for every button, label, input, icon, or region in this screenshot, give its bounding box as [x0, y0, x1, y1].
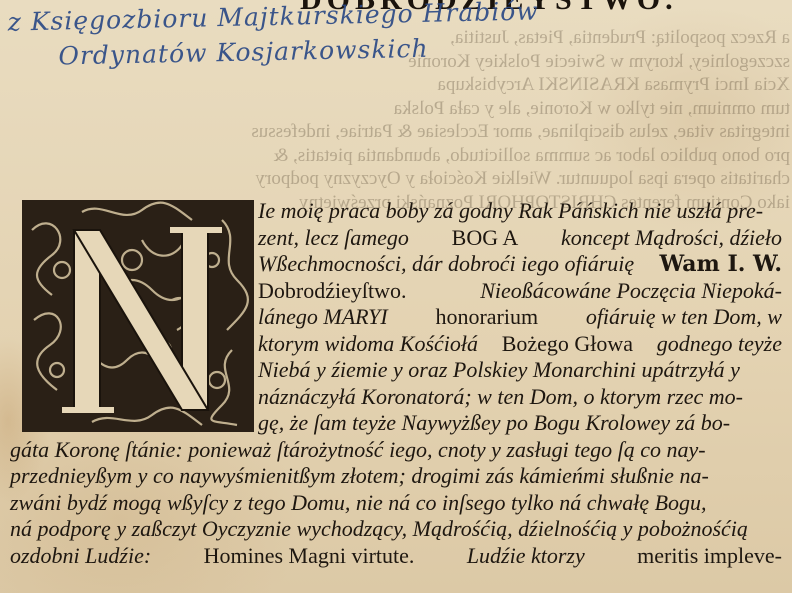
text-segment-boga: BOG A	[452, 225, 519, 252]
text-segment-bozego-glowa: Bożego Głowa	[502, 331, 633, 358]
text-line: gę, że ſam teyże Naywyżßey po Bogu Krolo…	[258, 410, 782, 436]
bleed-line: pro bono publico labor ac summa sollicit…	[20, 144, 790, 168]
text-segment: ofiáruię w ten Dom, w	[580, 304, 782, 331]
text-line: gáta Koronę ſtánie: ponieważ ſtárożytnoś…	[10, 437, 782, 463]
scanned-page: DOBRODZIEYSTWO. a Rzecz pospolitą: Prude…	[0, 0, 792, 593]
bleed-line: tum omnium, nie tylko w Koronie, ale y c…	[20, 97, 790, 121]
text-segment-latin: Homines Magni virtute.	[204, 543, 415, 570]
text-segment-latin: meritis impleve-	[637, 543, 782, 570]
text-segment: przednieyßym y co naywyśmienitßym złotem…	[10, 463, 709, 490]
text-line: ozdobni Ludźie: Homines Magni virtute. L…	[10, 543, 782, 569]
bleed-line: integritas vitae, zelus disciplinae, amo…	[20, 120, 790, 144]
text-line: ktorym widoma Kośćiołá Bożego Głowa godn…	[258, 331, 782, 357]
text-segment: Ie moię praca boby zá godny Rak Páńskich…	[258, 198, 763, 225]
text-line: náznáczyłá Koronatorá; w ten Dom, o ktor…	[258, 384, 782, 410]
text-line: Niebá y źiemie y oraz Polskiey Monarchin…	[258, 357, 782, 383]
text-segment: gę, że ſam teyże Naywyżßey po Bogu Krolo…	[258, 410, 730, 437]
ornate-initial-n-icon	[22, 200, 254, 432]
text-segment: gáta Koronę ſtánie: ponieważ ſtárożytnoś…	[10, 437, 706, 464]
text-segment: Ludźie ktorzy	[461, 543, 590, 570]
handwritten-provenance-note: z Księgozbioru Majtkurskiego Hrabiów Ord…	[7, 0, 539, 72]
text-segment-wam-iw: Wam I. W.	[659, 251, 782, 278]
text-line: Wßechmocności, dár dobroći iego ofiáruię…	[258, 251, 782, 277]
handwritten-line-1: z Księgozbioru Majtkurskiego Hrabiów	[7, 0, 539, 37]
bleed-line: Xcia Imci Prymasa KRASINSKI Arcybiskupa	[20, 73, 790, 97]
text-segment: Niebá y źiemie y oraz Polskiey Monarchin…	[258, 357, 740, 384]
text-segment: Nieoßácowáne Poczęcia Niepoká-	[475, 278, 782, 305]
text-segment: náznáczyłá Koronatorá; w ten Dom, o ktor…	[258, 384, 743, 411]
text-segment-honorarium: honorarium	[435, 304, 538, 331]
text-segment-dobrodziejstwo: Dobrodźieyſtwo.	[258, 278, 406, 305]
text-segment: zent, lecz ſamego	[258, 225, 414, 252]
text-line: ná podporę y zaßczyt Oyczyznie wychodząc…	[10, 516, 782, 542]
text-line: przednieyßym y co naywyśmienitßym złotem…	[10, 463, 782, 489]
text-segment: zwáni bydź mogą wßyſcy z tego Domu, nie …	[10, 490, 707, 517]
text-line: Dobrodźieyſtwo. Nieoßácowáne Poczęcia Ni…	[258, 278, 782, 304]
bleed-line: charitatis opera ipsa loquuntur. Wielkie…	[20, 167, 790, 191]
text-segment: lánego MARYI	[258, 304, 393, 331]
text-line: zent, lecz ſamego BOG A koncept Mądrości…	[258, 225, 782, 251]
text-segment: ná podporę y zaßczyt Oyczyznie wychodząc…	[10, 516, 748, 543]
text-segment: godnego teyże	[651, 331, 782, 358]
text-segment: Wßechmocności, dár dobroći iego ofiáruię	[258, 251, 640, 278]
text-line: Ie moię praca boby zá godny Rak Páńskich…	[258, 198, 782, 224]
text-segment: ktorym widoma Kośćiołá	[258, 331, 484, 358]
text-line: lánego MARYI honorarium ofiáruię w ten D…	[258, 304, 782, 330]
text-segment: ozdobni Ludźie:	[10, 543, 157, 570]
text-line: zwáni bydź mogą wßyſcy z tego Domu, nie …	[10, 490, 782, 516]
text-segment: koncept Mądrości, dźieło	[556, 225, 782, 252]
